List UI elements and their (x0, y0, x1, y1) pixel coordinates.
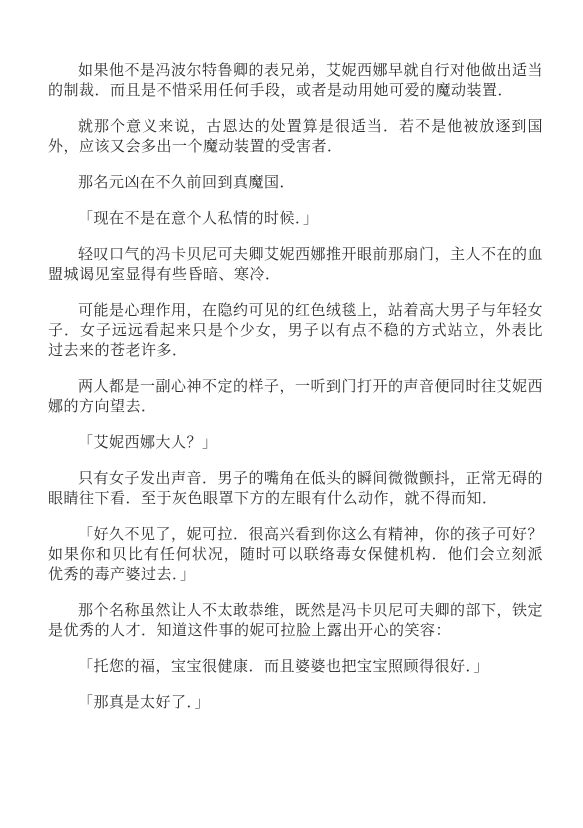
paragraph-narration-6: 两人都是一副心神不定的样子，一听到门打开的声音便同时往艾妮西娜的方向望去． (48, 376, 543, 416)
paragraph-narration-7: 只有女子发出声音．男子的嘴角在低头的瞬间微微颤抖，正常无碍的眼睛往下看．至于灰色… (48, 468, 543, 508)
paragraph-narration-3: 那名元凶在不久前回到真魔国． (48, 172, 543, 192)
paragraph-dialogue-3: 「好久不见了，妮可拉．很高兴看到你这么有精神，你的孩子可好？如果你和贝比有任何状… (48, 524, 543, 584)
paragraph-narration-1: 如果他不是冯波尔特鲁卿的表兄弟，艾妮西娜早就自行对他做出适当的制裁．而且是不惜采… (48, 60, 543, 100)
paragraph-narration-5: 可能是心理作用，在隐约可见的红色绒毯上，站着高大男子与年轻女子．女子远远看起来只… (48, 300, 543, 360)
paragraph-narration-4: 轻叹口气的冯卡贝尼可夫卿艾妮西娜推开眼前那扇门，主人不在的血盟城谒见室显得有些昏… (48, 244, 543, 284)
paragraph-dialogue-2: 「艾妮西娜大人？」 (48, 432, 543, 452)
paragraph-dialogue-1: 「现在不是在意个人私情的时候．」 (48, 208, 543, 228)
paragraph-narration-2: 就那个意义来说，古恩达的处置算是很适当．若不是他被放逐到国外，应该又会多出一个魔… (48, 116, 543, 156)
book-page: 如果他不是冯波尔特鲁卿的表兄弟，艾妮西娜早就自行对他做出适当的制裁．而且是不惜采… (0, 0, 583, 828)
paragraph-dialogue-4: 「托您的福，宝宝很健康．而且婆婆也把宝宝照顾得很好．」 (48, 656, 543, 676)
paragraph-dialogue-5: 「那真是太好了．」 (48, 692, 543, 712)
paragraph-narration-8: 那个名称虽然让人不太敢恭维，既然是冯卡贝尼可夫卿的部下，铁定是优秀的人才．知道这… (48, 600, 543, 640)
